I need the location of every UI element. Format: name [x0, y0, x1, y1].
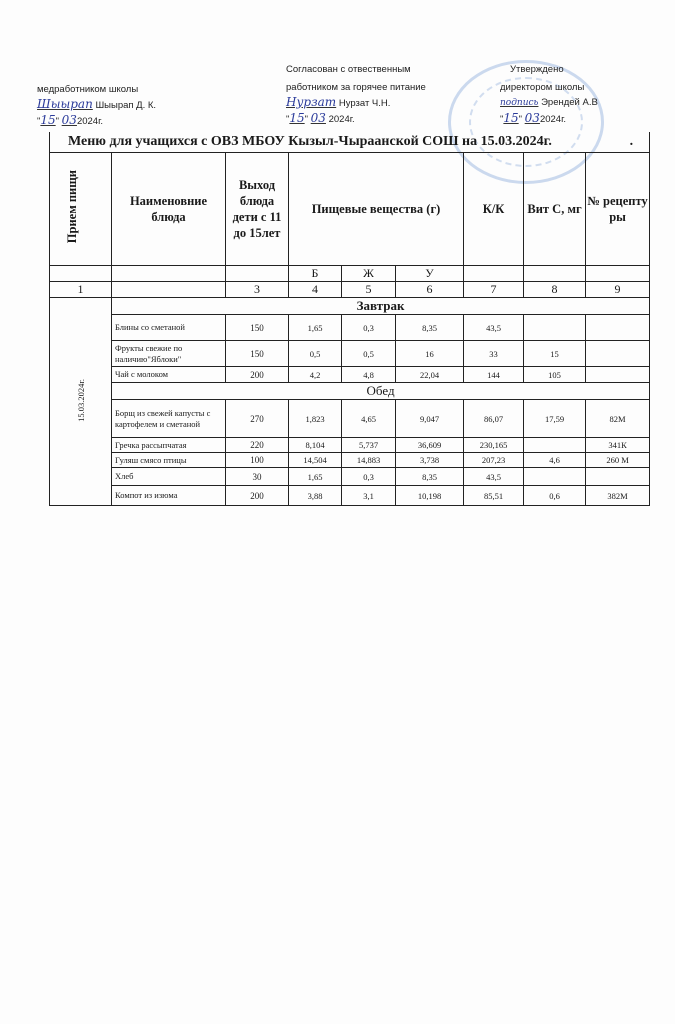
catering-name: Нурзат Ч.Н.	[339, 98, 391, 109]
carbs-value: 36,609	[396, 438, 464, 453]
section-row-breakfast: 15.03.2024г. Завтрак	[50, 298, 650, 315]
title-trailing-dot: .	[630, 134, 650, 150]
protein-value: 14,504	[289, 453, 342, 468]
header-row: Прием пищи Наименовние блюда Выход блюда…	[50, 153, 650, 266]
carbs-value: 8,35	[396, 468, 464, 486]
protein-value: 4,2	[289, 367, 342, 383]
header-nutrients: Пищевые вещества (г)	[289, 153, 464, 266]
title-row: Меню для учащихся с ОВЗ МБОУ Кызыл-Чыраа…	[50, 132, 650, 153]
portion-value: 150	[226, 315, 289, 341]
director-role: директором школы	[500, 80, 598, 95]
catering-signature-block: Согласован с отвественным работником за …	[286, 62, 426, 127]
date-cell: 15.03.2024г.	[50, 298, 112, 506]
dish-name: Гуляш смясо птицы	[112, 453, 226, 468]
section-row-lunch: Обед	[50, 383, 650, 400]
portion-value: 150	[226, 341, 289, 367]
dish-name: Фрукты свежие по наличию"Яблоки"	[112, 341, 226, 367]
medic-handwritten-signature: Шыырап	[37, 97, 93, 111]
recipe-number-value: 341К	[586, 438, 650, 453]
dish-name: Борщ из свежей капусты с картофелем и см…	[112, 400, 226, 438]
kcal-value: 86,07	[464, 400, 524, 438]
medic-sign-day: 15	[40, 113, 55, 127]
column-number-row: 1 3 4 5 6 7 8 9	[50, 282, 650, 298]
fat-value: 14,883	[342, 453, 396, 468]
fat-value: 4,8	[342, 367, 396, 383]
subheader-protein: Б	[289, 266, 342, 282]
column-number: 5	[342, 282, 396, 298]
carbs-value: 16	[396, 341, 464, 367]
protein-value: 1,65	[289, 468, 342, 486]
fat-value: 4,65	[342, 400, 396, 438]
kcal-value: 33	[464, 341, 524, 367]
recipe-number-value: 260 М	[586, 453, 650, 468]
column-number: 6	[396, 282, 464, 298]
kcal-value: 43,5	[464, 468, 524, 486]
fat-value: 3,1	[342, 486, 396, 506]
vitamin-c-value: 0,6	[524, 486, 586, 506]
kcal-value: 43,5	[464, 315, 524, 341]
kcal-value: 144	[464, 367, 524, 383]
page-title: Меню для учащихся с ОВЗ МБОУ Кызыл-Чыраа…	[68, 134, 552, 149]
column-number: 9	[586, 282, 650, 298]
header-meal: Прием пищи	[50, 153, 112, 266]
recipe-number-value	[586, 468, 650, 486]
dish-name: Чай с молоком	[112, 367, 226, 383]
section-title-lunch: Обед	[112, 383, 650, 400]
approved-label: Утверждено	[500, 62, 598, 77]
table-row: Фрукты свежие по наличию"Яблоки" 150 0,5…	[50, 341, 650, 367]
carbs-value: 3,738	[396, 453, 464, 468]
dish-name: Блины со сметаной	[112, 315, 226, 341]
subheader-carbs: У	[396, 266, 464, 282]
subheader-fat: Ж	[342, 266, 396, 282]
header-vitamin-c: Вит С, мг	[524, 153, 586, 266]
catering-sign-month: 03	[311, 111, 326, 125]
medic-signature-block: медработником школы Шыырап Шыырап Д. К. …	[37, 82, 156, 129]
recipe-number-value	[586, 367, 650, 383]
carbs-value: 9,047	[396, 400, 464, 438]
table-row: Борщ из свежей капусты с картофелем и см…	[50, 400, 650, 438]
header-dish: Наименовние блюда	[112, 153, 226, 266]
protein-value: 8,104	[289, 438, 342, 453]
vitamin-c-value: 17,59	[524, 400, 586, 438]
medic-sign-month: 03	[62, 113, 77, 127]
portion-value: 100	[226, 453, 289, 468]
fat-value: 0,3	[342, 315, 396, 341]
catering-sign-year: 2024г.	[329, 114, 355, 125]
column-number: 8	[524, 282, 586, 298]
kcal-value: 207,23	[464, 453, 524, 468]
vitamin-c-value: 15	[524, 341, 586, 367]
recipe-number-value	[586, 315, 650, 341]
header-kcal: К/К	[464, 153, 524, 266]
section-title-breakfast: Завтрак	[112, 298, 650, 315]
table-row: Хлеб 30 1,65 0,3 8,35 43,5	[50, 468, 650, 486]
vitamin-c-value	[524, 468, 586, 486]
protein-value: 1,65	[289, 315, 342, 341]
protein-value: 0,5	[289, 341, 342, 367]
table-row: Чай с молоком 200 4,2 4,8 22,04 144 105	[50, 367, 650, 383]
table-row: Гречка рассыпчатая 220 8,104 5,737 36,60…	[50, 438, 650, 453]
director-name: Эрендей А.В	[541, 97, 598, 108]
portion-value: 200	[226, 486, 289, 506]
medic-name: Шыырап Д. К.	[95, 100, 156, 111]
catering-sign-day: 15	[289, 111, 304, 125]
protein-value: 3,88	[289, 486, 342, 506]
director-handwritten-signature: подпись	[500, 98, 538, 108]
table-row: Гуляш смясо птицы 100 14,504 14,883 3,73…	[50, 453, 650, 468]
recipe-number-value: 382М	[586, 486, 650, 506]
catering-agreed-label: Согласован с отвественным	[286, 62, 426, 77]
carbs-value: 10,198	[396, 486, 464, 506]
carbs-value: 8,35	[396, 315, 464, 341]
catering-handwritten-signature: Нурзат	[286, 95, 336, 109]
portion-value: 270	[226, 400, 289, 438]
column-number: 7	[464, 282, 524, 298]
header-recipe-number: № рецепту ры	[586, 153, 650, 266]
kcal-value: 85,51	[464, 486, 524, 506]
menu-table: Меню для учащихся с ОВЗ МБОУ Кызыл-Чыраа…	[49, 132, 650, 506]
vitamin-c-value	[524, 438, 586, 453]
portion-value: 220	[226, 438, 289, 453]
header-portion: Выход блюда дети с 11 до 15лет	[226, 153, 289, 266]
vitamin-c-value: 4,6	[524, 453, 586, 468]
dish-name: Гречка рассыпчатая	[112, 438, 226, 453]
vitamin-c-value	[524, 315, 586, 341]
column-number	[112, 282, 226, 298]
portion-value: 200	[226, 367, 289, 383]
recipe-number-value	[586, 341, 650, 367]
table-row: Блины со сметаной 150 1,65 0,3 8,35 43,5	[50, 315, 650, 341]
director-sign-year: 2024г.	[540, 114, 566, 125]
fat-value: 5,737	[342, 438, 396, 453]
column-number: 3	[226, 282, 289, 298]
fat-value: 0,5	[342, 341, 396, 367]
medic-sign-year: 2024г.	[77, 116, 103, 127]
protein-value: 1,823	[289, 400, 342, 438]
vitamin-c-value: 105	[524, 367, 586, 383]
kcal-value: 230,165	[464, 438, 524, 453]
column-number: 1	[50, 282, 112, 298]
recipe-number-value: 82М	[586, 400, 650, 438]
fat-value: 0,3	[342, 468, 396, 486]
director-sign-day: 15	[503, 111, 518, 125]
medic-role: медработником школы	[37, 82, 156, 97]
catering-role: работником за горячее питание	[286, 80, 426, 95]
column-number: 4	[289, 282, 342, 298]
nutrient-subheader-row: Б Ж У	[50, 266, 650, 282]
director-signature-block: Утверждено директором школы подпись Эрен…	[500, 62, 598, 127]
dish-name: Компот из изюма	[112, 486, 226, 506]
dish-name: Хлеб	[112, 468, 226, 486]
portion-value: 30	[226, 468, 289, 486]
table-row: Компот из изюма 200 3,88 3,1 10,198 85,5…	[50, 486, 650, 506]
carbs-value: 22,04	[396, 367, 464, 383]
director-sign-month: 03	[525, 111, 540, 125]
